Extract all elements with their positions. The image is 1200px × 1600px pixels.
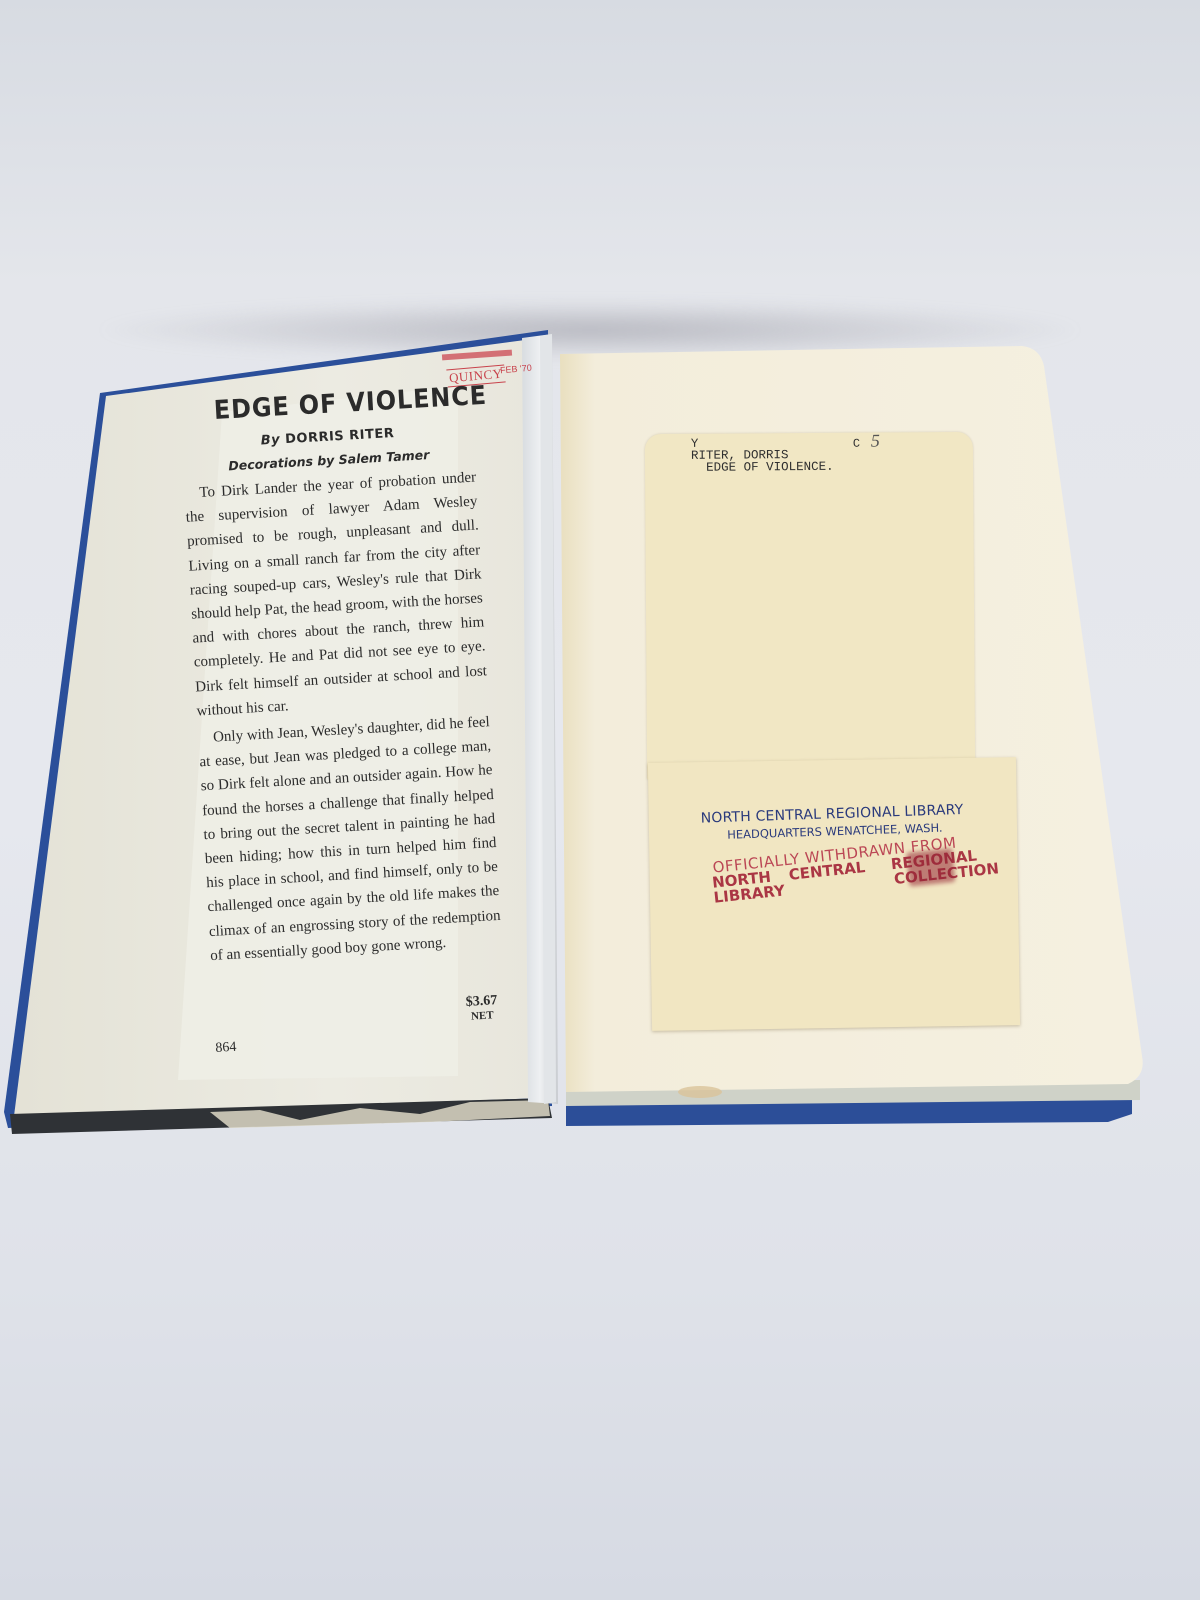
card-pocket: NORTH CENTRAL REGIONAL LIBRARY HEADQUART… — [648, 757, 1020, 1031]
price-note: NET — [466, 1009, 498, 1023]
price-value: $3.67 — [465, 993, 497, 1010]
book-shadow — [90, 300, 1090, 360]
ink-smudge — [906, 848, 955, 887]
blurb-paragraph-1: To Dirk Lander the year of probation und… — [184, 466, 489, 724]
card-copy-number: 5 — [871, 431, 880, 452]
photo-scene: QUINCY FEB '70 EDGE OF VIOLENCE By DORRI… — [0, 0, 1200, 1600]
card-text: Y RITER, DORRIS EDGE OF VIOLENCE. — [691, 437, 834, 474]
jacket-flap: EDGE OF VIOLENCE By DORRIS RITER Decorat… — [178, 362, 509, 1077]
catalog-code: 864 — [215, 1040, 237, 1057]
library-card: Y RITER, DORRIS EDGE OF VIOLENCE. C 5 — [645, 432, 975, 779]
author-prefix: By — [260, 432, 280, 448]
open-book — [0, 0, 1200, 1600]
card-copy-label: C — [853, 437, 860, 451]
withdrawn-stamp: OFFICIALLY WITHDRAWN FROM NORTHCENTRALRE… — [710, 835, 963, 905]
price: $3.67 NET — [465, 993, 498, 1023]
book-title: EDGE OF VIOLENCE — [213, 383, 452, 426]
blurb-paragraph-2: Only with Jean, Wesley's daughter, did h… — [197, 710, 502, 968]
author-name: DORRIS RITER — [285, 426, 395, 447]
book-shapes — [0, 0, 1200, 1600]
card-title: EDGE OF VIOLENCE. — [706, 460, 834, 475]
date-stamp: FEB '70 — [500, 363, 532, 376]
